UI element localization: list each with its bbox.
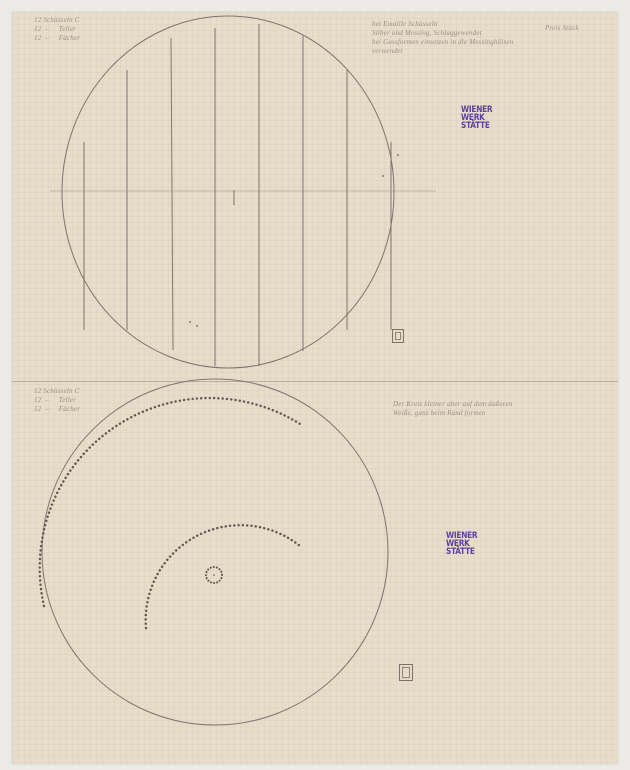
bottom-notes-right: Der Kreis kleiner aber auf dem äußeren W… bbox=[393, 400, 512, 418]
wiener-werkstaette-stamp-bottom: WIENER WERK STÄTTE bbox=[446, 532, 477, 556]
bottom-circle-drawing bbox=[0, 0, 630, 770]
monogram-mark-bottom bbox=[399, 664, 413, 681]
bottom-notes-left: 12 Schüsseln C 12 – Teller 12 – Fächer bbox=[34, 387, 80, 414]
